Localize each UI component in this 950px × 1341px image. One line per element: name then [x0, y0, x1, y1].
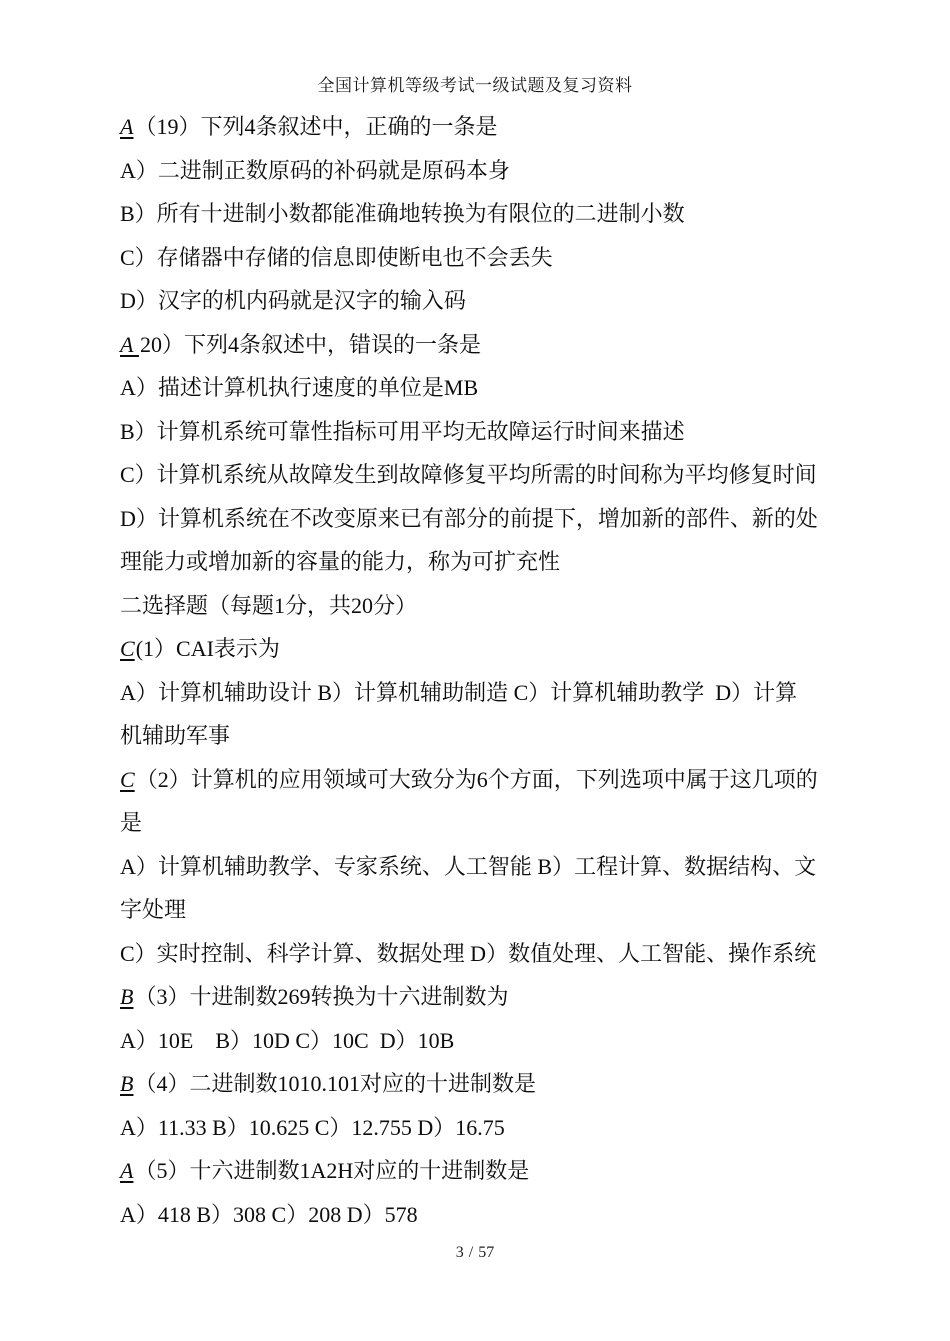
- document-line: A）计算机辅助设计 B）计算机辅助制造 C）计算机辅助教学 D）计算 机辅助军事: [120, 671, 910, 758]
- document-line: B）所有十进制小数都能准确地转换为有限位的二进制小数: [120, 192, 910, 236]
- document-line: A（5）十六进制数1A2H对应的十进制数是: [120, 1149, 910, 1193]
- line-text: （5）十六进制数1A2H对应的十进制数是: [134, 1158, 529, 1183]
- line-text: A）10E B）10D C）10C D）10B: [120, 1028, 454, 1053]
- line-text: A）计算机辅助教学、专家系统、人工智能 B）工程计算、数据结构、文 字处理: [120, 854, 816, 923]
- line-text: A）计算机辅助设计 B）计算机辅助制造 C）计算机辅助教学 D）计算 机辅助军事: [120, 680, 797, 749]
- document-line: A）描述计算机执行速度的单位是MB: [120, 366, 910, 410]
- document-line: D）计算机系统在不改变原来已有部分的前提下，增加新的部件、新的处 理能力或增加新…: [120, 497, 910, 584]
- line-text: C）实时控制、科学计算、数据处理 D）数值处理、人工智能、操作系统: [120, 941, 816, 966]
- document-line: D）汉字的机内码就是汉字的输入码: [120, 279, 910, 323]
- document-line: B（4）二进制数1010.101对应的十进制数是: [120, 1062, 910, 1106]
- answer-letter: B: [120, 984, 134, 1009]
- page-number-separator: /: [469, 1244, 473, 1261]
- page-total: 57: [478, 1244, 494, 1261]
- line-text: （2）计算机的应用领域可大致分为6个方面，下列选项中属于这几项的 是: [120, 767, 818, 836]
- line-text: B）计算机系统可靠性指标可用平均无故障运行时间来描述: [120, 419, 685, 444]
- document-line: C）存储器中存储的信息即使断电也不会丢失: [120, 236, 910, 280]
- line-text: （4）二进制数1010.101对应的十进制数是: [134, 1071, 536, 1096]
- document-line: B）计算机系统可靠性指标可用平均无故障运行时间来描述: [120, 410, 910, 454]
- page-footer: 3/57: [0, 1242, 950, 1264]
- line-text: 20）下列4条叙述中，错误的一条是: [140, 332, 481, 357]
- document-page: 全国计算机等级考试一级试题及复习资料 A（19）下列4条叙述中，正确的一条是 A…: [0, 0, 950, 1341]
- line-text: C）计算机系统从故障发生到故障修复平均所需的时间称为平均修复时间: [120, 462, 817, 487]
- page-number: 3: [456, 1244, 464, 1261]
- answer-letter: A: [120, 1158, 134, 1183]
- document-line: C(1）CAI表示为: [120, 627, 910, 671]
- line-text: 二选择题（每题1分，共20分）: [120, 593, 417, 618]
- line-text: B）所有十进制小数都能准确地转换为有限位的二进制小数: [120, 201, 685, 226]
- answer-letter: C: [120, 636, 136, 661]
- line-text: D）计算机系统在不改变原来已有部分的前提下，增加新的部件、新的处 理能力或增加新…: [120, 506, 818, 575]
- document-line: A 20）下列4条叙述中，错误的一条是: [120, 323, 910, 367]
- line-text: A）418 B）308 C）208 D）578: [120, 1202, 418, 1227]
- document-line: C）实时控制、科学计算、数据处理 D）数值处理、人工智能、操作系统: [120, 932, 910, 976]
- line-text: D）汉字的机内码就是汉字的输入码: [120, 288, 466, 313]
- line-text: A）二进制正数原码的补码就是原码本身: [120, 158, 510, 183]
- line-text: （19）下列4条叙述中，正确的一条是: [134, 114, 497, 139]
- line-text: （3）十进制数269转换为十六进制数为: [134, 984, 508, 1009]
- answer-letter: B: [120, 1071, 134, 1096]
- line-text: (1）CAI表示为: [136, 636, 280, 661]
- answer-letter: A: [120, 114, 134, 139]
- document-line: B（3）十进制数269转换为十六进制数为: [120, 975, 910, 1019]
- document-line: 二选择题（每题1分，共20分）: [120, 584, 910, 628]
- document-line: A）418 B）308 C）208 D）578: [120, 1193, 910, 1237]
- answer-letter: A: [120, 332, 140, 357]
- document-line: A（19）下列4条叙述中，正确的一条是: [120, 105, 910, 149]
- document-line: A）10E B）10D C）10C D）10B: [120, 1019, 910, 1063]
- line-text: C）存储器中存储的信息即使断电也不会丢失: [120, 245, 553, 270]
- document-line: C（2）计算机的应用领域可大致分为6个方面，下列选项中属于这几项的 是: [120, 758, 910, 845]
- document-line: A）二进制正数原码的补码就是原码本身: [120, 149, 910, 193]
- document-line: A）计算机辅助教学、专家系统、人工智能 B）工程计算、数据结构、文 字处理: [120, 845, 910, 932]
- answer-letter: C: [120, 767, 136, 792]
- line-text: A）描述计算机执行速度的单位是MB: [120, 375, 478, 400]
- document-line: A）11.33 B）10.625 C）12.755 D）16.75: [120, 1106, 910, 1150]
- document-body: A（19）下列4条叙述中，正确的一条是 A）二进制正数原码的补码就是原码本身 B…: [120, 105, 910, 1236]
- document-title: 全国计算机等级考试一级试题及复习资料: [0, 74, 950, 98]
- document-line: C）计算机系统从故障发生到故障修复平均所需的时间称为平均修复时间: [120, 453, 910, 497]
- line-text: A）11.33 B）10.625 C）12.755 D）16.75: [120, 1115, 505, 1140]
